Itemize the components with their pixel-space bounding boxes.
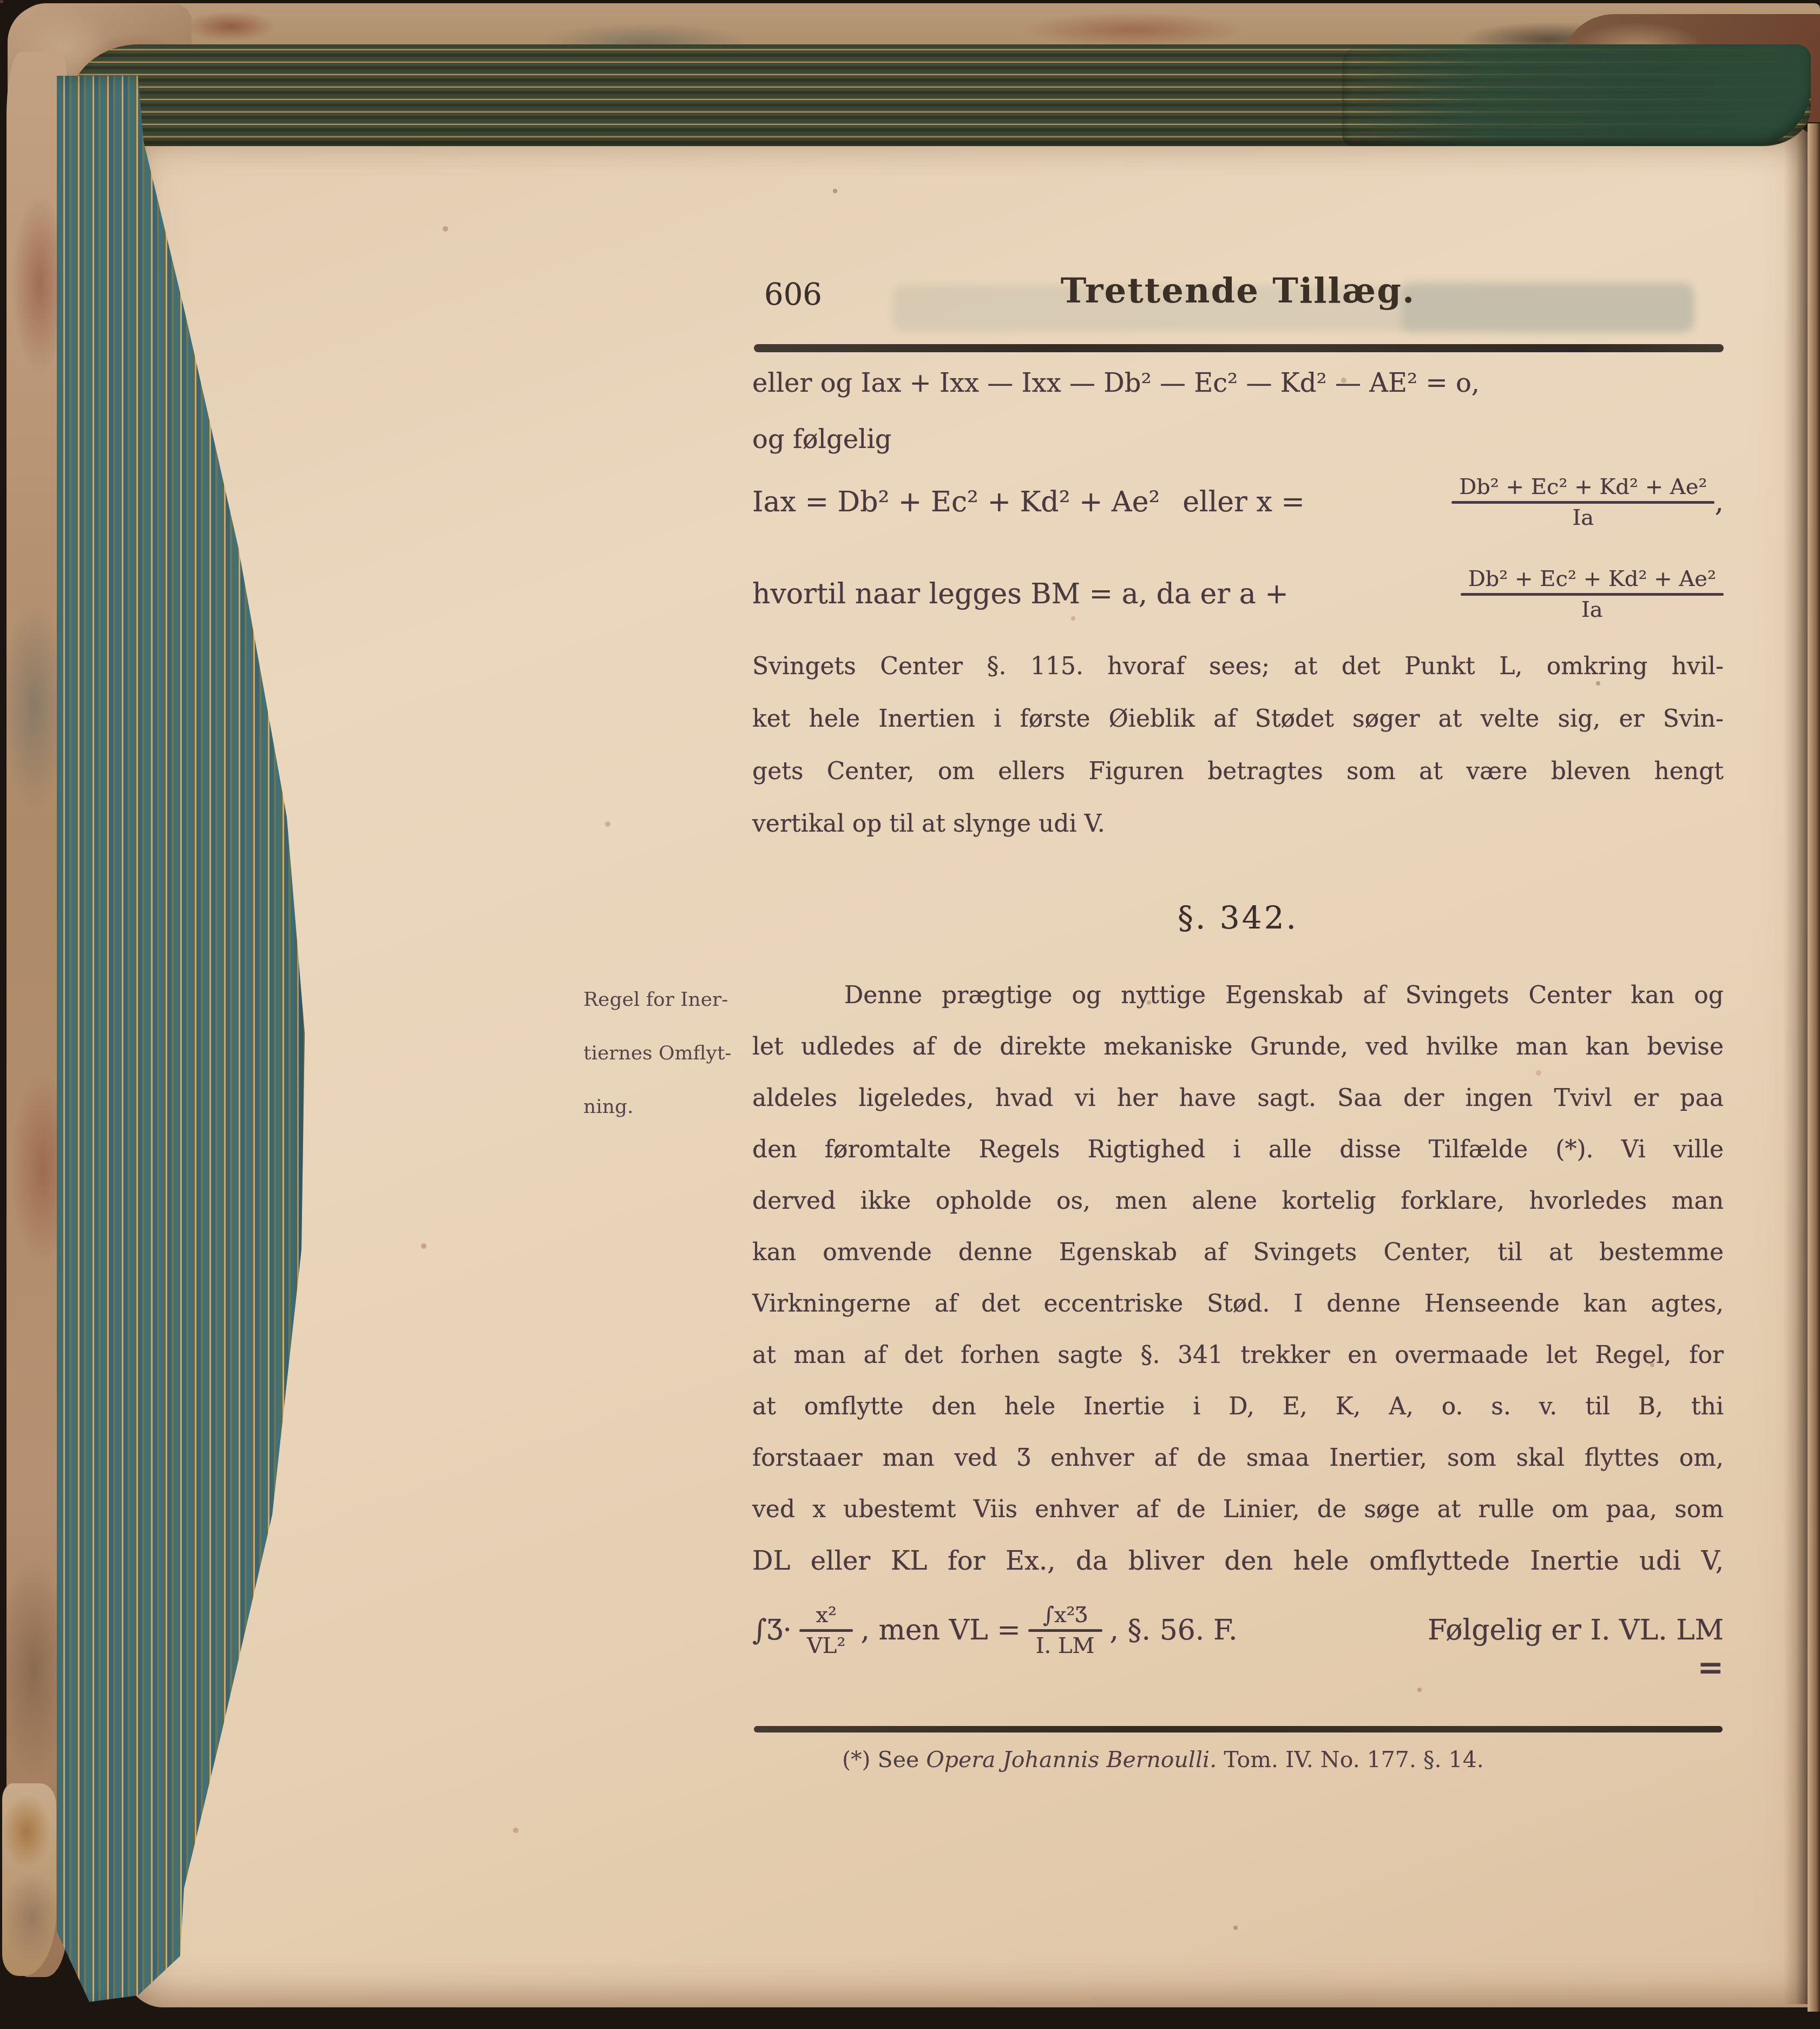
fraction-numerator: Db² + Ec² + Kd² + Ae² [1461,565,1724,593]
margin-note: Regel for Iner- tiernes Omflyt- ning. [583,973,746,1134]
body-line: kan omvende denne Egenskab af Svingets C… [752,1231,1724,1274]
paper-specks [0,0,3,3]
margin-note-line: Regel for Iner- [583,973,746,1026]
body-line: Virkningerne af det eccentriske Stød. I … [752,1282,1724,1326]
formula-lhs: hvortil naar legges BM = a, da er a + [752,578,1289,610]
body-line: og følgelig [752,418,1724,461]
body-line: forstaaer man ved Ʒ enhver af de smaa In… [752,1437,1724,1480]
section-heading: §. 342. [752,899,1724,936]
body-line: let udledes af de direkte mekaniske Grun… [752,1025,1724,1069]
book-board-bottom-left-marble [2,1783,56,1976]
footnote: (*) See Opera Johannis Bernoulli. Tom. I… [842,1747,1730,1773]
body-line: ket hele Inertien i første Øieblik af St… [752,697,1724,741]
fraction: Db² + Ec² + Kd² + Ae² Ia , [1451,473,1724,532]
footnote-marker: (*) [842,1747,871,1773]
fraction-stack: Db² + Ec² + Kd² + Ae² Ia [1451,473,1714,532]
footnote-pre: See [878,1747,919,1773]
margin-note-line: ning. [583,1080,746,1134]
formula-section-ref: , §. 56. F. [1110,1614,1238,1646]
fraction-denominator: Ia [1574,596,1611,624]
body-line: at omflytte den hele Inertie i D, E, K, … [752,1385,1724,1428]
fraction-numerator: Db² + Ec² + Kd² + Ae² [1451,473,1714,501]
running-title: Trettende Tillæg. [752,271,1724,311]
page-crease [1784,129,1811,2004]
book-photo: 606 Trettende Tillæg. eller og Iax + Ixx… [0,0,1820,2029]
formula-lhs: Iax = Db² + Ec² + Kd² + Ae² [752,486,1160,518]
footnote-work-title: Opera Johannis Bernoulli. [926,1747,1217,1773]
formula-mid: eller x = [1182,486,1305,518]
body-line: eller og Iax + Ixx — Ixx — Db² — Ec² — K… [752,361,1724,405]
footnote-rule [754,1726,1723,1732]
fraction: Db² + Ec² + Kd² + Ae² Ia [1461,565,1724,624]
page-block-top-edge-green [1342,44,1811,146]
body-line: DL eller KL for Ex., da bliver den hele … [752,1539,1724,1583]
body-line: aldeles ligeledes, hvad vi her have sagt… [752,1077,1724,1120]
body-line: den føromtalte Regels Rigtighed i alle d… [752,1128,1724,1171]
body-line: ved x ubestemt Viis enhver af de Linier,… [752,1488,1724,1531]
fraction-numerator: x² [808,1601,844,1629]
body-line: Denne prægtige og nyttige Egenskab af Sv… [752,974,1724,1017]
formula-mid: , men VL = [860,1614,1020,1646]
formula-tail: , [1714,486,1724,518]
body-line: gets Center, om ellers Figuren betragtes… [752,750,1724,793]
formula-iax: Iax = Db² + Ec² + Kd² + Ae² eller x = Db… [752,459,1724,545]
page-right-edge-sliver [1808,123,1820,2012]
footnote-reference: Tom. IV. No. 177. §. 14. [1224,1747,1484,1773]
body-line: Svingets Center §. 115. hvoraf sees; at … [752,645,1724,688]
integral-sign-term: ∫Ʒ· [752,1614,792,1646]
fraction-numerator: ∫x²Ʒ [1035,1601,1095,1629]
body-line: vertikal op til at slynge udi V. [752,802,1724,846]
fraction-denominator: Ia [1565,504,1601,532]
formula-conclusion: Følgelig er I. VL. LM [1428,1614,1724,1646]
margin-note-line: tiernes Omflyt- [583,1026,746,1080]
header-rule [754,344,1724,352]
formula-bm: hvortil naar legges BM = a, da er a + Db… [752,551,1724,637]
fraction-stack: Db² + Ec² + Kd² + Ae² Ia [1461,565,1724,624]
body-line: at man af det forhen sagte §. 341 trekke… [752,1334,1724,1377]
continuation-equals: = [752,1649,1724,1686]
body-line: derved ikke opholde os, men alene kortel… [752,1180,1724,1223]
